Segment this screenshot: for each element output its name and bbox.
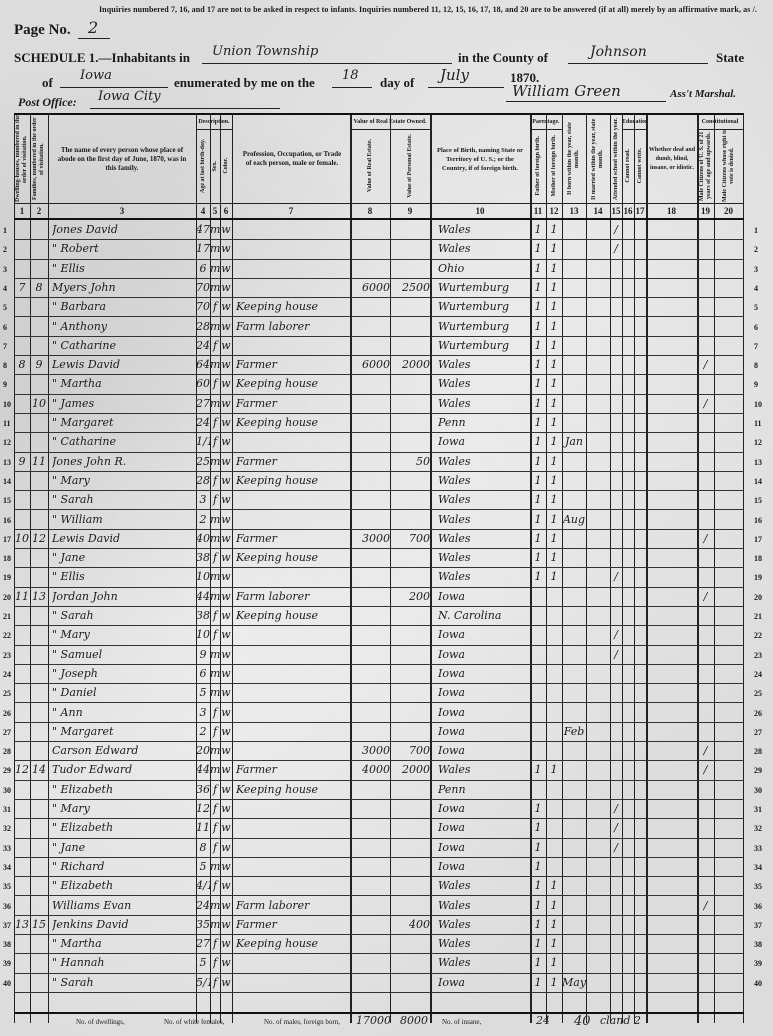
cell-c11: 1	[530, 898, 546, 913]
cell-age: 60	[196, 376, 210, 391]
cell-age: 6	[196, 666, 210, 681]
line-number: 8	[754, 361, 758, 370]
table-row: " Elizabeth36fwKeeping housePenn3030	[14, 780, 744, 800]
col-header-cannot-write: Cannot write.	[634, 129, 646, 203]
cell-c11: 1	[530, 222, 546, 237]
cell-birthplace: Iowa	[438, 859, 528, 874]
cell-c12: 1	[546, 280, 562, 295]
cell-birthplace: Wales	[438, 512, 528, 527]
cell-birthplace: Wales	[438, 241, 528, 256]
line-number: 18	[754, 554, 762, 563]
cell-name: Lewis David	[52, 531, 196, 546]
real-estate-total: 17000	[356, 1014, 391, 1027]
cell-color: w	[220, 705, 232, 720]
cell-name: " Mary	[52, 801, 196, 816]
state-label: State	[716, 50, 744, 66]
cell-sex: f	[210, 975, 220, 990]
cell-birthplace: Penn	[438, 782, 528, 797]
cell-name: Tudor Edward	[52, 762, 196, 777]
col-header-married-within-year: If married within the year, state month.	[586, 115, 610, 203]
cell-c11: 1	[530, 434, 546, 449]
cell-age: 9	[196, 647, 210, 662]
cell-birthplace: Iowa	[438, 627, 528, 642]
cell-c11: 1	[530, 762, 546, 777]
cell-color: w	[220, 743, 232, 758]
cell-c12: 1	[546, 299, 562, 314]
cell-age: 36	[196, 782, 210, 797]
line-number: 16	[754, 516, 762, 525]
line-number: 17	[754, 535, 762, 544]
cell-color: w	[220, 319, 232, 334]
cell-occupation: Farmer	[236, 454, 348, 469]
cell-age: 5	[196, 685, 210, 700]
cell-color: w	[220, 531, 232, 546]
col-num: 12	[546, 204, 562, 218]
cell-dwelling: 8	[14, 357, 30, 372]
cell-birthplace: Iowa	[438, 743, 528, 758]
cell-c12: 1	[546, 261, 562, 276]
cell-color: w	[220, 473, 232, 488]
cell-age: 27	[196, 936, 210, 951]
cell-birthplace: Iowa	[438, 840, 528, 855]
table-row: " Robert17mwWales11/22	[14, 239, 744, 259]
cell-occupation: Farmer	[236, 396, 348, 411]
line-number: 35	[754, 882, 762, 891]
census-page: Inquiries numbered 7, 16, and 17 are not…	[0, 0, 773, 1036]
cell-color: w	[220, 898, 232, 913]
cell-c12: 1	[546, 492, 562, 507]
of-label: of	[42, 75, 53, 91]
cell-color: w	[220, 396, 232, 411]
cell-color: w	[220, 222, 232, 237]
line-number: 4	[754, 284, 758, 293]
col-header-age: Age at last birth-day.	[196, 129, 210, 203]
table-row: 1214Tudor Edward44mwFarmer40002000Wales1…	[14, 760, 744, 780]
cell-c11: 1	[530, 299, 546, 314]
cell-color: w	[220, 801, 232, 816]
cell-age: 20	[196, 743, 210, 758]
cell-color: w	[220, 762, 232, 777]
month-value: July	[440, 66, 469, 84]
line-number: 7	[754, 342, 758, 351]
cell-age: 28	[196, 319, 210, 334]
line-number-left: 15	[3, 496, 11, 505]
cell-color: w	[220, 859, 232, 874]
cell-birthplace: Iowa	[438, 705, 528, 720]
table-row: " William2mwWales11Aug1616	[14, 510, 744, 530]
line-number-left: 10	[3, 400, 11, 409]
cell-c11: 1	[530, 338, 546, 353]
post-office-value: Iowa City	[98, 89, 161, 104]
col-num: 1	[14, 204, 30, 218]
cell-age: 38	[196, 550, 210, 565]
table-row: 1315Jenkins David35mwFarmer400Wales11373…	[14, 915, 744, 935]
cell-c11: 1	[530, 878, 546, 893]
col-header-family: Families, numbered in the order of visit…	[30, 115, 48, 203]
cell-c12: 1	[546, 569, 562, 584]
cell-sex: f	[210, 705, 220, 720]
cell-sex: f	[210, 878, 220, 893]
cell-color: w	[220, 338, 232, 353]
line-number: 24	[754, 670, 762, 679]
cell-color: w	[220, 955, 232, 970]
table-row: " Sarah3fwWales111515	[14, 490, 744, 510]
cell-color: w	[220, 917, 232, 932]
cell-age: 3	[196, 492, 210, 507]
line-number-left: 11	[3, 419, 11, 428]
cell-c19: /	[697, 357, 714, 372]
cell-birthplace: Iowa	[438, 647, 528, 662]
cell-family: 8	[30, 280, 48, 295]
cell-sex: f	[210, 434, 220, 449]
cell-birthplace: Wales	[438, 396, 528, 411]
males-foreign-label: No. of males, foreign born,	[264, 1018, 340, 1026]
line-number: 15	[754, 496, 762, 505]
cell-name: " Jane	[52, 840, 196, 855]
line-number: 3	[754, 265, 758, 274]
cell-c12: 1	[546, 898, 562, 913]
cell-c11: 1	[530, 512, 546, 527]
cell-occupation: Keeping house	[236, 299, 348, 314]
cell-birthplace: Iowa	[438, 975, 528, 990]
col-header-born-within-year: If born within the year, state month.	[562, 115, 586, 203]
cell-occupation: Farmer	[236, 531, 348, 546]
line-number-left: 1	[3, 226, 7, 235]
line-number: 36	[754, 902, 762, 911]
cell-c11: 1	[530, 569, 546, 584]
cell-c19: /	[697, 762, 714, 777]
cell-sex: m	[210, 589, 220, 604]
cell-birthplace: Ohio	[438, 261, 528, 276]
col-header-birthplace: Place of Birth, naming State or Territor…	[434, 115, 526, 203]
line-number-left: 38	[3, 940, 11, 949]
cell-age: 2	[196, 724, 210, 739]
cell-c11: 1	[530, 801, 546, 816]
cell-sex: m	[210, 647, 220, 662]
line-number-left: 36	[3, 902, 11, 911]
line-number-left: 34	[3, 863, 11, 872]
cell-age: 28	[196, 473, 210, 488]
cell-name: " Barbara	[52, 299, 196, 314]
cell-color: w	[220, 569, 232, 584]
table-row: " Daniel5mwIowa2525	[14, 683, 744, 703]
cell-sex: f	[210, 936, 220, 951]
table-row: " Elizabeth11fwIowa1/3232	[14, 818, 744, 838]
line-number-left: 8	[3, 361, 7, 370]
table-row: " Mary28fwKeeping houseWales111414	[14, 471, 744, 491]
line-number-left: 24	[3, 670, 11, 679]
table-row: " Barbara70fwKeeping houseWurtemburg1155	[14, 297, 744, 317]
cell-color: w	[220, 878, 232, 893]
cell-age: 12	[196, 801, 210, 816]
cell-c12: 1	[546, 396, 562, 411]
cell-age: 47	[196, 222, 210, 237]
cell-name: Jordan John	[52, 589, 196, 604]
line-number-left: 33	[3, 844, 11, 853]
table-row: " Sarah38fwKeeping houseN. Carolina2121	[14, 606, 744, 626]
cell-name: Myers John	[52, 280, 196, 295]
marshal-label: Ass't Marshal.	[670, 88, 736, 100]
post-office-label: Post Office:	[18, 95, 77, 110]
cell-sex: m	[210, 319, 220, 334]
line-number-left: 19	[3, 573, 11, 582]
cell-sex: m	[210, 743, 220, 758]
cell-age: 24	[196, 898, 210, 913]
line-number: 34	[754, 863, 762, 872]
cell-occupation: Farm laborer	[236, 898, 348, 913]
cell-age: 38	[196, 608, 210, 623]
cell-c11: 1	[530, 454, 546, 469]
cell-birthplace: Iowa	[438, 666, 528, 681]
table-row: Jones David47mwWales11/11	[14, 220, 744, 240]
table-row: " Elizabeth4/12fwWales113535	[14, 876, 744, 896]
cell-c12: 1	[546, 338, 562, 353]
cell-birthplace: Wales	[438, 357, 528, 372]
cell-age: 44	[196, 589, 210, 604]
cell-occupation: Farmer	[236, 762, 348, 777]
col-header-personal-estate: Value of Personal Estate.	[390, 129, 430, 203]
cell-sex: f	[210, 724, 220, 739]
instructions-note: Inquiries numbered 7, 16, and 17 are not…	[98, 5, 758, 15]
marshal-signature: William Green	[512, 82, 621, 100]
table-row: " Martha27fwKeeping houseWales113838	[14, 934, 744, 954]
cell-sex: m	[210, 357, 220, 372]
cell-sex: f	[210, 820, 220, 835]
cell-birthplace: Wales	[438, 936, 528, 951]
line-number-left: 31	[3, 805, 11, 814]
cell-c11: 1	[530, 531, 546, 546]
line-number: 12	[754, 438, 762, 447]
cell-c11: 1	[530, 319, 546, 334]
line-number-left: 30	[3, 786, 11, 795]
line-number-left: 39	[3, 959, 11, 968]
cell-color: w	[220, 840, 232, 855]
cell-birthplace: Wales	[438, 222, 528, 237]
cell-name: " James	[52, 396, 196, 411]
line-number: 19	[754, 573, 762, 582]
cell-personal: 2000	[392, 762, 430, 777]
cell-birthplace: Wales	[438, 917, 528, 932]
line-number-left: 37	[3, 921, 11, 930]
table-row: " Joseph6mwIowa2424	[14, 664, 744, 684]
table-row: " Jane8fwIowa1/3333	[14, 838, 744, 858]
cell-c12: 1	[546, 955, 562, 970]
cell-color: w	[220, 975, 232, 990]
cell-birthplace: Wales	[438, 762, 528, 777]
cell-sex: f	[210, 338, 220, 353]
footer-totals: No. of dwellings, No. of white females, …	[14, 1012, 744, 1032]
group-value-real-estate: Value of Real Estate Owned.	[350, 115, 430, 130]
line-number: 38	[754, 940, 762, 949]
cell-age: 64	[196, 357, 210, 372]
cell-name: " Mary	[52, 627, 196, 642]
cell-sex: m	[210, 280, 220, 295]
col-num: 13	[562, 204, 586, 218]
day-value: 18	[342, 68, 359, 83]
cell-c11: 1	[530, 280, 546, 295]
cell-sex: f	[210, 299, 220, 314]
cell-birthplace: Iowa	[438, 589, 528, 604]
cell-color: w	[220, 550, 232, 565]
line-number: 25	[754, 689, 762, 698]
tally-a: 24	[536, 1014, 550, 1027]
cell-birthplace: Wales	[438, 376, 528, 391]
line-number-left: 40	[3, 979, 11, 988]
cell-color: w	[220, 608, 232, 623]
line-number-left: 23	[3, 651, 11, 660]
cell-name: " Ellis	[52, 261, 196, 276]
page-no-label: Page No.	[14, 22, 71, 39]
cell-c12: 1	[546, 376, 562, 391]
tally-c: cland 2	[600, 1014, 641, 1027]
table-row: Carson Edward20mw3000700Iowa/2828	[14, 741, 744, 761]
column-number-row: 1 2 3 4 5 6 7 8 9 10 11 12 13 14 15 16 1…	[14, 203, 744, 220]
cell-occupation: Keeping house	[236, 376, 348, 391]
line-number-left: 6	[3, 323, 7, 332]
cell-family: 15	[30, 917, 48, 932]
cell-family: 12	[30, 531, 48, 546]
cell-color: w	[220, 241, 232, 256]
cell-c13: May	[562, 975, 586, 990]
line-number-left: 32	[3, 824, 11, 833]
line-number: 33	[754, 844, 762, 853]
col-header-sex: Sex.	[210, 129, 220, 203]
cell-c15: /	[610, 647, 622, 662]
cell-name: " Martha	[52, 936, 196, 951]
line-number: 37	[754, 921, 762, 930]
cell-name: " Mary	[52, 473, 196, 488]
cell-name: Lewis David	[52, 357, 196, 372]
cell-name: " Sarah	[52, 492, 196, 507]
cell-c19: /	[697, 396, 714, 411]
census-table: Description. Value of Real Estate Owned.…	[14, 113, 744, 1025]
cell-name: " Hannah	[52, 955, 196, 970]
cell-age: 2	[196, 512, 210, 527]
cell-c11: 1	[530, 955, 546, 970]
cell-c12: 1	[546, 917, 562, 932]
cell-occupation: Keeping house	[236, 415, 348, 430]
cell-name: " Margaret	[52, 415, 196, 430]
table-row: " Hannah5fwWales113939	[14, 953, 744, 973]
table-row: 78Myers John70mw60002500Wurtemburg1144	[14, 278, 744, 298]
cell-sex: m	[210, 685, 220, 700]
cell-sex: f	[210, 550, 220, 565]
cell-c12: 1	[546, 434, 562, 449]
col-num: 17	[634, 204, 646, 218]
cell-personal: 400	[392, 917, 430, 932]
cell-c19: /	[697, 589, 714, 604]
line-number-left: 28	[3, 747, 11, 756]
cell-c11: 1	[530, 415, 546, 430]
col-num: 4	[196, 204, 210, 218]
table-row: " Ann3fwIowa2626	[14, 703, 744, 723]
cell-real: 3000	[352, 743, 390, 758]
cell-color: w	[220, 512, 232, 527]
col-header-dwelling: Dwelling-houses, numbered in the order o…	[14, 115, 30, 203]
cell-name: " Sarah	[52, 975, 196, 990]
cell-birthplace: Wales	[438, 569, 528, 584]
cell-birthplace: Wales	[438, 473, 528, 488]
cell-dwelling: 12	[14, 762, 30, 777]
cell-age: 40	[196, 531, 210, 546]
col-num: 5	[210, 204, 220, 218]
cell-c12: 1	[546, 241, 562, 256]
line-number: 31	[754, 805, 762, 814]
cell-occupation: Keeping house	[236, 550, 348, 565]
cell-sex: f	[210, 782, 220, 797]
cell-c15: /	[610, 569, 622, 584]
table-row: " Anthony28mwFarm laborerWurtemburg1166	[14, 317, 744, 337]
table-row: 911Jones John R.25mwFarmer50Wales111313	[14, 452, 744, 472]
cell-birthplace: Wales	[438, 550, 528, 565]
cell-occupation: Farmer	[236, 917, 348, 932]
line-number: 29	[754, 766, 762, 775]
cell-color: w	[220, 261, 232, 276]
cell-birthplace: Penn	[438, 415, 528, 430]
cell-c12: 1	[546, 936, 562, 951]
cell-name: " Elizabeth	[52, 820, 196, 835]
col-num: 10	[430, 204, 530, 218]
line-number: 39	[754, 959, 762, 968]
cell-name: " Ann	[52, 705, 196, 720]
line-number-left: 27	[3, 728, 11, 737]
cell-c12: 1	[546, 975, 562, 990]
cell-occupation: Farm laborer	[236, 589, 348, 604]
table-row: " Sarah5/12fwIowa11May4040	[14, 973, 744, 993]
table-row: " Mary12fwIowa1/3131	[14, 799, 744, 819]
col-header-deaf-blind: Whether deaf and dumb, blind, insane, or…	[648, 115, 696, 203]
insane-label: No. of insane,	[442, 1018, 481, 1026]
cell-c13: Aug	[562, 512, 586, 527]
tally-b: 40	[574, 1014, 591, 1029]
col-header-occupation: Profession, Occupation, or Trade of each…	[240, 115, 344, 203]
cell-color: w	[220, 415, 232, 430]
cell-name: " Richard	[52, 859, 196, 874]
cell-c11: 1	[530, 357, 546, 372]
col-header-mother-foreign: Mother of foreign birth.	[546, 129, 562, 203]
cell-age: 10	[196, 627, 210, 642]
line-number: 30	[754, 786, 762, 795]
cell-birthplace: Wurtemburg	[438, 280, 528, 295]
cell-age: 3	[196, 705, 210, 720]
table-row: 1113Jordan John44mwFarm laborer200Iowa/2…	[14, 587, 744, 607]
line-number-left: 13	[3, 458, 11, 467]
cell-age: 1/12	[196, 434, 210, 449]
cell-dwelling: 11	[14, 589, 30, 604]
cell-c12: 1	[546, 473, 562, 488]
cell-age: 4/12	[196, 878, 210, 893]
cell-occupation: Keeping house	[236, 608, 348, 623]
table-row: " Catharine1/12fwIowa11Jan1212	[14, 432, 744, 452]
cell-sex: f	[210, 627, 220, 642]
line-number: 32	[754, 824, 762, 833]
cell-family: 9	[30, 357, 48, 372]
cell-age: 25	[196, 454, 210, 469]
cell-color: w	[220, 280, 232, 295]
cell-birthplace: Wurtemburg	[438, 319, 528, 334]
table-row: " Ellis10mwWales11/1919	[14, 567, 744, 587]
line-number: 2	[754, 245, 758, 254]
cell-c11: 1	[530, 840, 546, 855]
cell-age: 24	[196, 338, 210, 353]
cell-color: w	[220, 782, 232, 797]
cell-c12: 1	[546, 319, 562, 334]
cell-c11: 1	[530, 975, 546, 990]
cell-dwelling: 13	[14, 917, 30, 932]
line-number-left: 20	[3, 593, 11, 602]
cell-c15: /	[610, 840, 622, 855]
cell-sex: f	[210, 608, 220, 623]
